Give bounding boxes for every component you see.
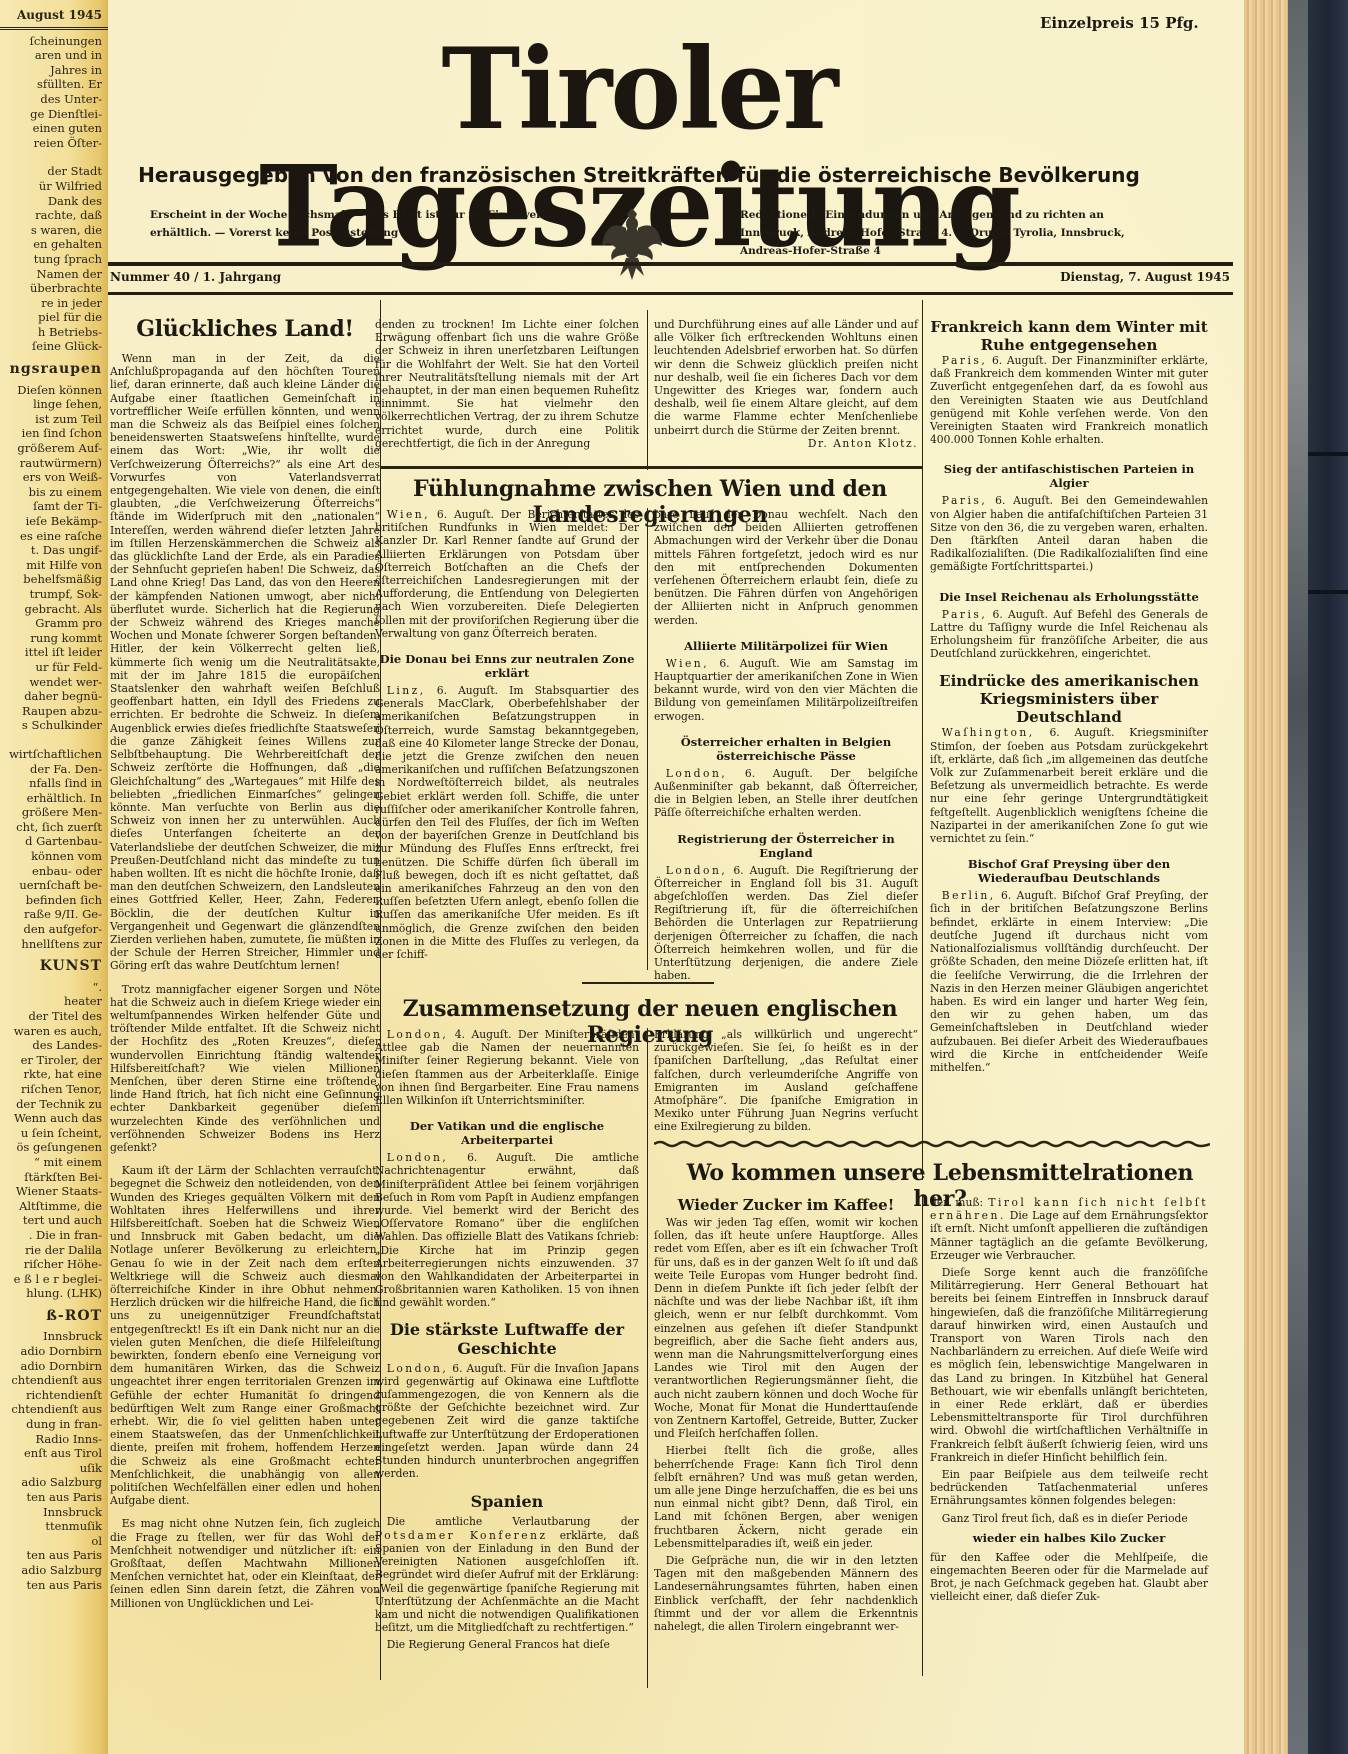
article-headline-militaerpolizei: Alliierte Militärpolizei für Wien — [654, 639, 918, 653]
tyrolean-eagle-icon — [600, 202, 664, 282]
column-divider — [922, 300, 923, 1180]
binding-tape — [1288, 0, 1308, 1754]
adjacent-page-heading: ngsraupen — [0, 362, 108, 377]
adjacent-page-line: Innsbruck — [0, 1505, 108, 1520]
adjacent-page-line: der Titel des — [0, 1009, 108, 1024]
adjacent-page-line: riſcher Höhe- — [0, 1257, 108, 1272]
adjacent-page-line: uernſchaft be- — [0, 878, 108, 893]
adjacent-page-line: waren es auch, — [0, 1024, 108, 1039]
article-headline-algier: Sieg der antifaschistischen Parteien in … — [930, 462, 1208, 490]
adjacent-page-line: gebracht. Als — [0, 602, 108, 617]
article-headline-reichenau: Die Insel Reichenau als Erholungsstätte — [930, 590, 1208, 604]
adjacent-page-line: s waren, die — [0, 223, 108, 238]
adjacent-page-line: ſcheinungen — [0, 34, 108, 49]
adjacent-page-line: richtendienſt — [0, 1388, 108, 1403]
adjacent-page-line: trumpf, Sok- — [0, 587, 108, 602]
article-headline-spanien: Spanien — [375, 1492, 639, 1511]
highlight-line: wieder ein halbes Kilo Zucker — [930, 1531, 1208, 1545]
article-paragraph: Kaum iſt der Lärm der Schlachten verrauſ… — [110, 1164, 380, 1507]
adjacent-page-line: größerem Auf- — [0, 441, 108, 456]
adjacent-page-line: ieſe Bekämp- — [0, 514, 108, 529]
adjacent-page-line: h Betriebs- — [0, 325, 108, 340]
section-rule — [380, 466, 922, 469]
adjacent-page-heading: ß-ROT — [0, 1309, 108, 1324]
adjacent-page-line: ol — [0, 1534, 108, 1549]
adjacent-page-line: wendet wer- — [0, 675, 108, 690]
adjacent-page-line: können vom — [0, 849, 108, 864]
adjacent-page-line: cht, ſich zuerſt — [0, 820, 108, 835]
adjacent-page-line: bis zu einem — [0, 485, 108, 500]
adjacent-page-line: des Unter- — [0, 92, 108, 107]
adjacent-page-line: rung kommt — [0, 631, 108, 646]
article-zusammensetzung-col-a: London, 4. Auguſt. Der Miniſterpräſident… — [375, 1028, 639, 1652]
adjacent-page-line: reien Öſter- — [0, 136, 108, 151]
adjacent-page-line: rautwürmern) — [0, 456, 108, 471]
adjacent-page-line: sfüllten. Er — [0, 77, 108, 92]
adjacent-page-strip: August 1945 ſcheinungenaren und inJahres… — [0, 0, 108, 1754]
article-glueckliches-land: Glückliches Land! Wenn man in der Zeit, … — [110, 310, 380, 1610]
adjacent-page-line: rkte, hat eine — [0, 1067, 108, 1082]
adjacent-page-line: re in jeder — [0, 296, 108, 311]
adjacent-page-date: August 1945 — [0, 0, 108, 30]
adjacent-page-line: dung in fran- — [0, 1417, 108, 1432]
adjacent-page-line: adio Dornbirn — [0, 1344, 108, 1359]
adjacent-page-line: ſamt der Ti- — [0, 499, 108, 514]
adjacent-page-line: hnellſtens zur — [0, 937, 108, 952]
article-headline-belgien: Österreicher erhalten in Belgien österre… — [654, 735, 918, 763]
article-headline-eindruecke: Eindrücke des amerikanischen Kriegsminis… — [930, 672, 1208, 726]
book-binding-cover — [1308, 0, 1348, 1754]
article-headline-frankreich: Frankreich kann dem Winter mit Ruhe entg… — [930, 318, 1208, 354]
adjacent-page-line: rachte, daß — [0, 208, 108, 223]
adjacent-page-line: adio Dornbirn — [0, 1359, 108, 1374]
adjacent-page-line: adio Salzburg — [0, 1563, 108, 1578]
adjacent-page-line: der Stadt — [0, 164, 108, 179]
adjacent-page-line: größere Men- — [0, 805, 108, 820]
adjacent-page-line: enſt aus Tirol — [0, 1446, 108, 1461]
article-headline: Glückliches Land! — [110, 316, 380, 342]
adjacent-page-line: Dieſen können — [0, 383, 108, 398]
adjacent-page-line: enbau- oder — [0, 864, 108, 879]
author-signature: Dr. Anton Klotz. — [654, 437, 918, 450]
adjacent-page-line: d Gartenbau- — [0, 834, 108, 849]
adjacent-page-line: ſeine Glück- — [0, 339, 108, 354]
adjacent-page-line: er Tiroler, der — [0, 1053, 108, 1068]
adjacent-page-line: chtendienſt aus — [0, 1373, 108, 1388]
article-paragraph: Trotz mannigfacher eigener Sorgen und Nö… — [110, 983, 380, 1155]
article-subheadline: Wieder Zucker im Kaffee! — [654, 1196, 918, 1214]
adjacent-page-line: Gramm pro — [0, 616, 108, 631]
masthead-rule-bottom — [108, 292, 1233, 295]
article-lebensmittel-col-b: den muß: Tirol kann ſich nicht ſelbſt er… — [930, 1196, 1208, 1604]
adjacent-page-line: des Landes- — [0, 1038, 108, 1053]
adjacent-page-line: befinden ſich — [0, 893, 108, 908]
adjacent-page-line: adio Salzburg — [0, 1475, 108, 1490]
adjacent-page-line: raße 9/II. Ge- — [0, 907, 108, 922]
adjacent-page-line: aren und in — [0, 48, 108, 63]
adjacent-page-heading: KUNST — [0, 959, 108, 974]
adjacent-page-line: piel für die — [0, 310, 108, 325]
adjacent-page-line: nfalls ſind in — [0, 776, 108, 791]
issue-number: Nummer 40 / 1. Jahrgang — [110, 270, 281, 284]
right-column-news: Frankreich kann dem Winter mit Ruhe entg… — [930, 318, 1208, 1074]
adjacent-page-line: Radio Inns- — [0, 1432, 108, 1447]
article-continuation: denden zu trocknen! Im Lichte einer ſolc… — [375, 318, 639, 450]
adjacent-page-line: ür Wilfried — [0, 179, 108, 194]
adjacent-page-line: behelfsmäßig — [0, 572, 108, 587]
adjacent-page-line: “ mit einem — [0, 1155, 108, 1170]
article-zusammensetzung-col-b: Erklärung „als willkürlich und ungerecht… — [654, 1028, 918, 1134]
adjacent-page-line: es eine raſche — [0, 529, 108, 544]
column-divider — [647, 508, 648, 970]
article-paragraph: Es mag nicht ohne Nutzen ſein, ſich zugl… — [110, 1517, 380, 1609]
article-fuehlungnahme-col-b: bare Lauf der Donau wechſelt. Nach den z… — [654, 508, 918, 982]
adjacent-page-line: mit Hilfe von — [0, 558, 108, 573]
article-fuehlungnahme-col-a: Wien, 6. Auguſt. Der Berichterſtatter de… — [375, 508, 639, 961]
adjacent-page-line: erhältlich. In — [0, 791, 108, 806]
short-rule — [582, 982, 714, 984]
article-headline-preysing: Bischof Graf Preysing über den Wiederauf… — [930, 857, 1208, 885]
column-divider — [922, 1196, 923, 1676]
single-copy-price: Einzelpreis 15 Pfg. — [1040, 14, 1199, 32]
adjacent-page-line: überbrachte — [0, 281, 108, 296]
article-headline-donau: Die Donau bei Enns zur neutralen Zone er… — [375, 652, 639, 680]
adjacent-page-line: en gehalten — [0, 237, 108, 252]
article-lebensmittel-col-a: Wieder Zucker im Kaffee! Was wir jeden T… — [654, 1196, 918, 1633]
adjacent-page-line: einen guten — [0, 121, 108, 136]
adjacent-page-line: ſtärkſten Bei- — [0, 1170, 108, 1185]
article-headline-vatikan: Der Vatikan und die englische Arbeiterpa… — [375, 1119, 639, 1147]
adjacent-page-line: wirtſchaftlichen — [0, 747, 108, 762]
adjacent-page-line: hlung. (LHK) — [0, 1286, 108, 1301]
adjacent-page-line: ös geſungenen — [0, 1140, 108, 1155]
adjacent-page-line: Raupen abzu- — [0, 704, 108, 719]
editorial-address-notice: Redaktionelle Einsendungen und Anfragen … — [740, 206, 1140, 260]
adjacent-page-line: linge ſehen, — [0, 397, 108, 412]
adjacent-page-line: den aufgefor- — [0, 922, 108, 937]
adjacent-page-line: der Technik zu — [0, 1097, 108, 1112]
adjacent-page-line: daher begnü- — [0, 689, 108, 704]
adjacent-page-line: Innsbruck — [0, 1329, 108, 1344]
adjacent-page-line: . Die in fran- — [0, 1228, 108, 1243]
adjacent-page-line: ers von Weiß- — [0, 470, 108, 485]
article-headline-registrierung: Registrierung der Österreicher in Englan… — [654, 832, 918, 860]
adjacent-page-line: Jahres in — [0, 63, 108, 78]
adjacent-page-line: der Fa. Den- — [0, 762, 108, 777]
adjacent-page-line: Namen der — [0, 267, 108, 282]
masthead-rule-top — [108, 262, 1233, 266]
column-divider — [647, 1028, 648, 1688]
adjacent-page-line: ten aus Paris — [0, 1548, 108, 1563]
wavy-divider — [654, 1140, 1210, 1148]
adjacent-page-line: Wenn auch das — [0, 1111, 108, 1126]
adjacent-page-line: chtendienſt aus — [0, 1402, 108, 1417]
adjacent-page-line: riſchen Tenor, — [0, 1082, 108, 1097]
article-continuation: und Durchführung eines auf alle Länder u… — [654, 318, 918, 450]
adjacent-page-line: Dank des — [0, 194, 108, 209]
adjacent-page-line: ien ſind ſchon — [0, 426, 108, 441]
column-divider — [647, 310, 648, 470]
adjacent-page-line: heater — [0, 994, 108, 1009]
adjacent-page-line: ist zum Teil — [0, 412, 108, 427]
adjacent-page-line: “. — [0, 980, 108, 995]
article-paragraph: Wenn man in der Zeit, da die Anſchlußpro… — [110, 352, 380, 973]
adjacent-page-line: ttenmuſik — [0, 1519, 108, 1534]
adjacent-page-line: Altſtimme, die — [0, 1199, 108, 1214]
adjacent-page-line: e ß l e r beglei- — [0, 1272, 108, 1287]
article-headline-luftwaffe: Die stärkste Luftwaffe der Geschichte — [375, 1320, 639, 1358]
adjacent-page-line: uſik — [0, 1461, 108, 1476]
adjacent-page-line: tert und auch — [0, 1213, 108, 1228]
adjacent-page-line: tung ſprach — [0, 252, 108, 267]
adjacent-page-line: s Schulkinder — [0, 718, 108, 733]
adjacent-page-line: ten aus Paris — [0, 1578, 108, 1593]
issue-date: Dienstag, 7. August 1945 — [1060, 270, 1230, 284]
adjacent-page-line: ge Dienſtlei- — [0, 107, 108, 122]
adjacent-page-line: ittel iſt leider — [0, 645, 108, 660]
newspaper-subtitle: Herausgegeben von den französischen Stre… — [118, 163, 1160, 187]
adjacent-page-line: rie der Dalila — [0, 1243, 108, 1258]
adjacent-page-line: ten aus Paris — [0, 1490, 108, 1505]
stacked-page-edges — [1244, 0, 1288, 1754]
adjacent-page-line: t. Das ungif- — [0, 543, 108, 558]
adjacent-page-line: ur für Feld- — [0, 660, 108, 675]
publication-notice: Erscheint in der Woche sechsmal. — Das B… — [150, 206, 580, 242]
adjacent-page-line: u ſein ſcheint, — [0, 1126, 108, 1141]
adjacent-page-line: Wiener Staats- — [0, 1184, 108, 1199]
